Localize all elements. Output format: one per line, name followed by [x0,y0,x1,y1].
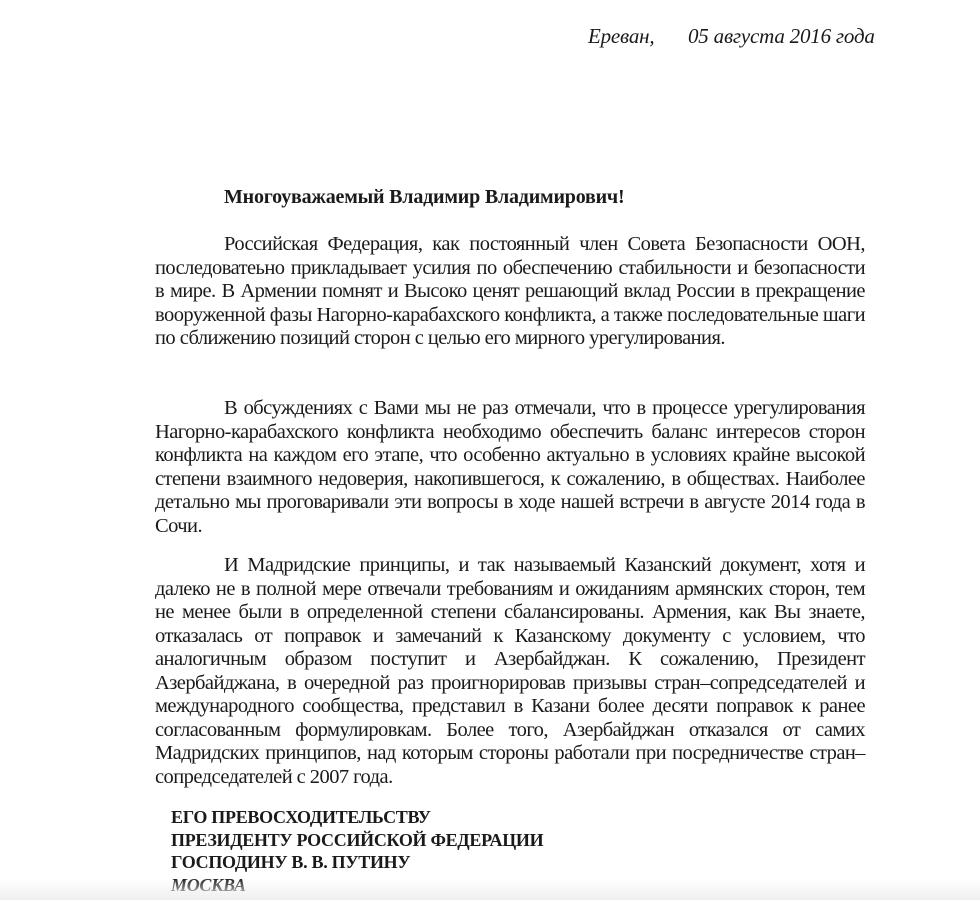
dateline: Ереван,05 августа 2016 года [588,24,875,49]
dateline-date: 05 августа 2016 года [688,24,875,48]
recipient-line-1: ЕГО ПРЕВОСХОДИТЕЛЬСТВУ [171,806,543,829]
body-paragraph-1: Российская Федерация, как постоянный чле… [155,233,865,351]
body-paragraph-2: В обсуждениях с Вами мы не раз отмечали,… [155,397,865,538]
letter-page: Ереван,05 августа 2016 года Многоуважаем… [0,0,980,900]
recipient-line-3: ГОСПОДИНУ В. В. ПУТИНУ [171,851,543,874]
page-bottom-shadow [0,878,980,900]
body-paragraph-3: И Мадридские принципы, и так называемый … [155,554,865,789]
salutation: Многоуважаемый Владимир Владимирович! [224,186,624,209]
recipient-line-2: ПРЕЗИДЕНТУ РОССИЙСКОЙ ФЕДЕРАЦИИ [171,829,543,852]
dateline-city: Ереван, [588,24,688,49]
